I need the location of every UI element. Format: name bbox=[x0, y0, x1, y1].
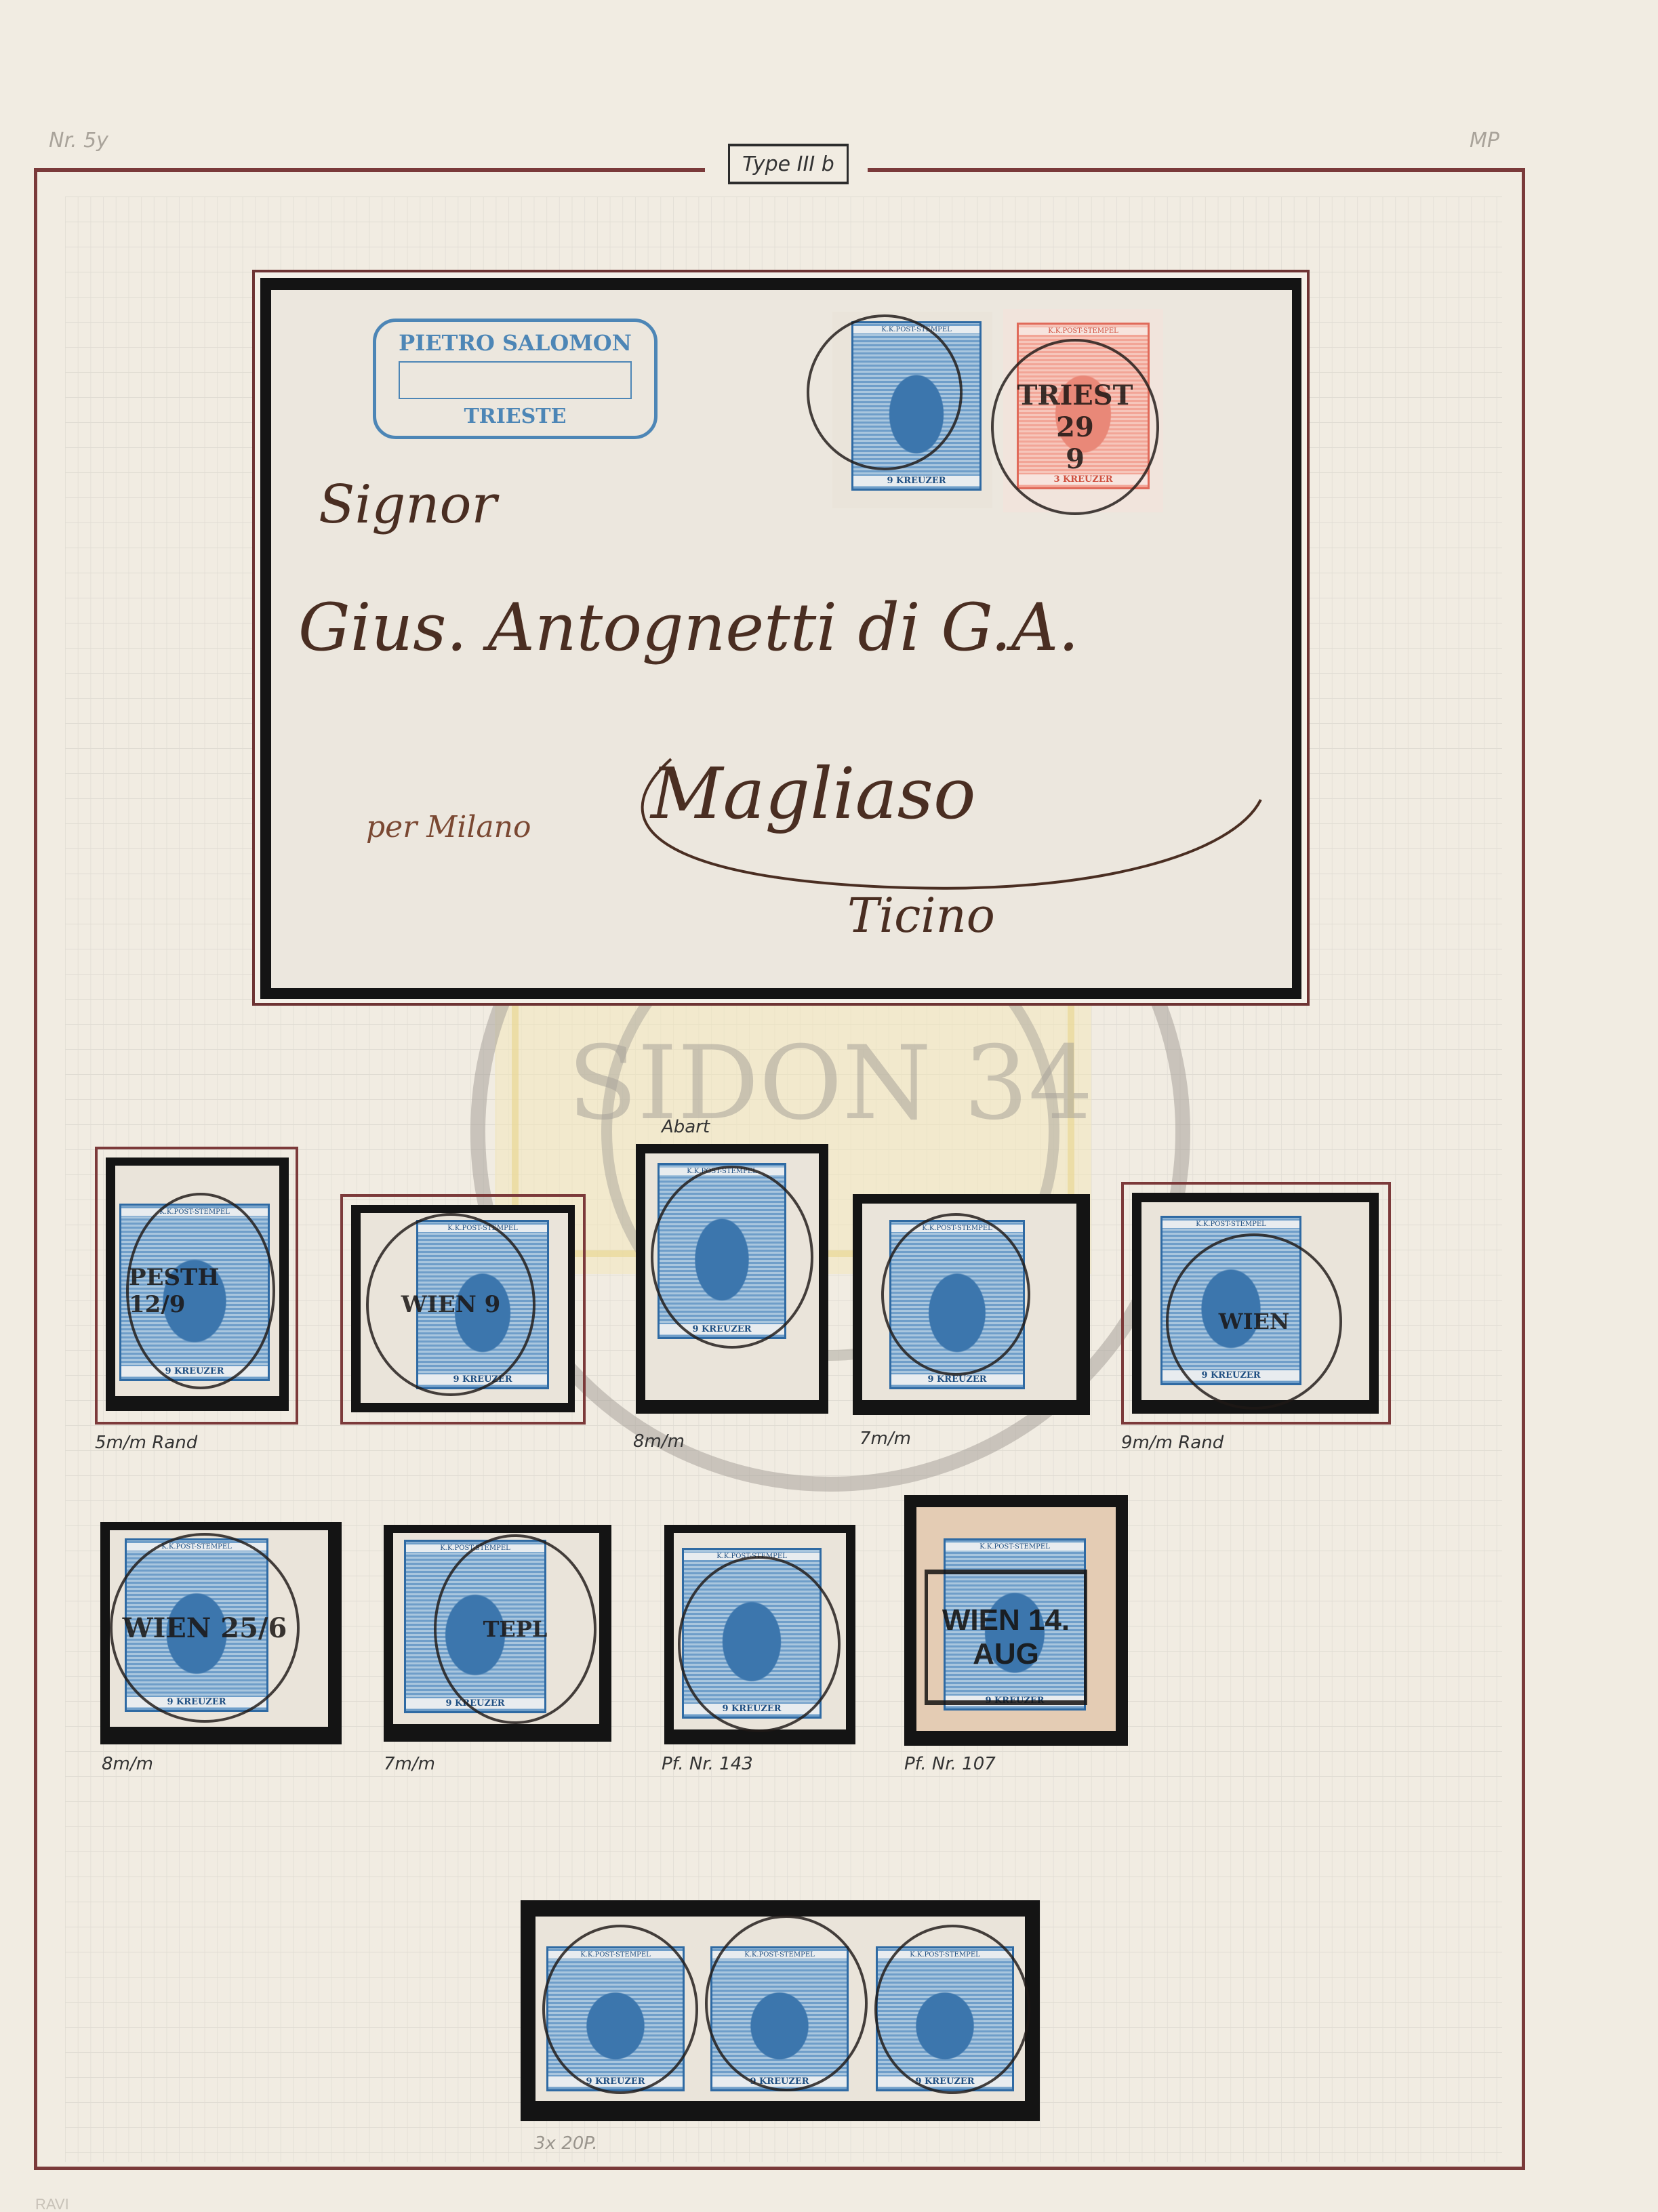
stamp-value: 9 KREUZER bbox=[853, 476, 979, 486]
row2-cancel-3 bbox=[678, 1556, 841, 1732]
sender-handstamp: PIETRO SALOMON TRIESTE bbox=[373, 319, 658, 439]
strip-cancel-1 bbox=[542, 1925, 698, 2094]
strip-cancel-3 bbox=[874, 1925, 1030, 2094]
sender-town: TRIESTE bbox=[376, 405, 654, 428]
row2-cancel-4-boxed: WIEN 14. AUG bbox=[925, 1570, 1087, 1705]
postmark-day: 29 bbox=[1056, 411, 1094, 443]
row2-label-4: Pf. Nr. 107 bbox=[904, 1754, 996, 1774]
row1-cancel-3 bbox=[651, 1166, 813, 1349]
row1-cancel-2: WIEN 9 bbox=[366, 1213, 535, 1396]
postmark-month: 9 bbox=[1066, 443, 1085, 475]
address-salutation: Signor bbox=[319, 474, 497, 535]
postmark-town: TRIEST bbox=[1017, 380, 1133, 411]
strip-cancel-2 bbox=[705, 1915, 868, 2091]
address-name: Gius. Antognetti di G.A. bbox=[298, 590, 1079, 665]
sender-name: PIETRO SALOMON bbox=[376, 330, 654, 356]
catalog-note: Nr. 5y bbox=[49, 129, 108, 152]
row1-label-5: 9m/m Rand bbox=[1121, 1433, 1224, 1453]
abart-note: Abart bbox=[662, 1117, 710, 1137]
sender-blank-box bbox=[399, 361, 632, 399]
row1-label-3: 8m/m bbox=[633, 1431, 685, 1452]
stamp-top-text: K.K.POST-STEMPEL bbox=[1019, 327, 1148, 335]
row1-cancel-1: PESTH 12/9 bbox=[126, 1193, 275, 1389]
row1-label-1: 5m/m Rand bbox=[95, 1433, 197, 1453]
stamp-value: 9 KREUZER bbox=[891, 1374, 1023, 1385]
strip-label: 3x 20P. bbox=[534, 2133, 598, 2154]
initials: MP bbox=[1470, 129, 1499, 152]
routing-note: per Milano bbox=[366, 810, 531, 844]
row2-label-1: 8m/m bbox=[102, 1754, 153, 1774]
row2-label-3: Pf. Nr. 143 bbox=[662, 1754, 753, 1774]
row1-cancel-4 bbox=[881, 1213, 1030, 1376]
type-label: Type III b bbox=[728, 144, 849, 184]
row2-cancel-2: TEPL bbox=[434, 1534, 597, 1724]
row2-cancel-1: WIEN 25/6 bbox=[110, 1533, 300, 1723]
postmark-triest: TRIEST 29 9 bbox=[991, 339, 1159, 515]
bottom-stamp: RAVI bbox=[35, 2196, 69, 2212]
row2-label-2: 7m/m bbox=[384, 1754, 435, 1774]
row1-cancel-5: WIEN bbox=[1166, 1233, 1342, 1410]
postmark-left bbox=[807, 314, 963, 470]
flourish-underline bbox=[624, 745, 1274, 908]
row1-label-4: 7m/m bbox=[860, 1429, 911, 1449]
